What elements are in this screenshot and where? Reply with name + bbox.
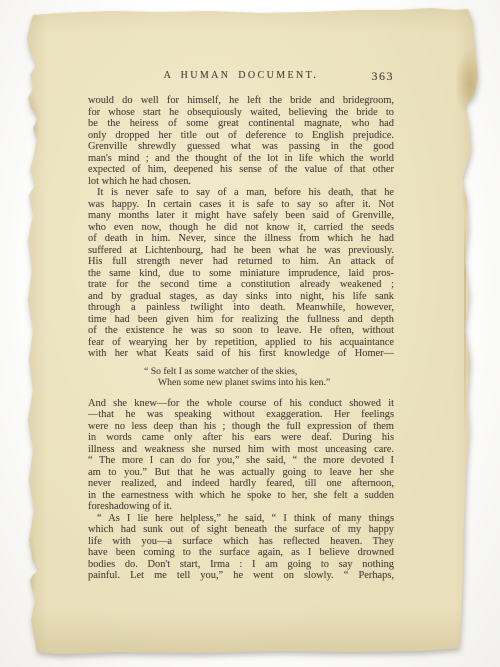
paper-stain-right-low	[465, 326, 483, 396]
text-line: lot which he had chosen.	[88, 176, 394, 188]
text-line: of death in him. Never, since the illnes…	[88, 233, 394, 245]
paper-stain-right-mid	[461, 166, 483, 221]
text-line: “ As I lie here helpless,” he said, “ I …	[88, 513, 394, 525]
text-line: were no less deep than his ; though the …	[88, 421, 394, 433]
text-line: trate for the second time a constitution…	[88, 279, 394, 291]
paper-stain-right-top	[455, 48, 485, 120]
text-line: —that he was speaking without exaggerati…	[88, 409, 394, 421]
paragraph: And she knew—for the whole course of his…	[88, 398, 394, 513]
paragraph: would do well for himself, he left the b…	[88, 95, 394, 187]
text-line: never realized, and indeed hardly feared…	[88, 478, 394, 490]
text-line: would do well for himself, he left the b…	[88, 95, 394, 107]
text-line: many months later it might have safely b…	[88, 210, 394, 222]
text-line: the same kind, due to some miniature imp…	[88, 268, 394, 280]
text-line: with her what Keats said of his first kn…	[88, 348, 394, 360]
body-text: would do well for himself, he left the b…	[88, 95, 394, 582]
paragraph: “ As I lie here helpless,” he said, “ I …	[88, 513, 394, 582]
running-head: A HUMAN DOCUMENT. 363	[88, 70, 394, 82]
text-line: It is never safe to say of a man, before…	[88, 187, 394, 199]
text-line: “ So felt I as some watcher of the skies…	[88, 366, 394, 378]
text-line: time had been given him for realizing th…	[88, 314, 394, 326]
text-line: His full strength never had returned to …	[88, 256, 394, 268]
text-line: expected of him, deepened his sense of t…	[88, 164, 394, 176]
running-head-title: A HUMAN DOCUMENT.	[164, 70, 319, 81]
text-line: and by gradual stages, as day sinks into…	[88, 291, 394, 303]
text-line: through a painless twilight into death. …	[88, 302, 394, 314]
text-line: suffered at Lichtenbourg, had he been wh…	[88, 245, 394, 257]
text-line: only dropped her title out of deference …	[88, 130, 394, 142]
scan-background: A HUMAN DOCUMENT. 363 would do well for …	[0, 0, 500, 667]
paper-stain-left-bottom	[19, 526, 37, 616]
text-line: in the earnestness with which he spoke t…	[88, 490, 394, 502]
text-line: When some new planet swims into his ken.…	[88, 377, 394, 389]
text-line: be the heiress of some great continental…	[88, 118, 394, 130]
text-line: painful. Let me tell you,” he went on sl…	[88, 570, 394, 582]
page-shadow-wrap: A HUMAN DOCUMENT. 363 would do well for …	[0, 0, 500, 667]
text-line: illness and weakness she nursed him with…	[88, 444, 394, 456]
text-line: man's mind ; and the thought of the lot …	[88, 153, 394, 165]
text-line: “ The more I can do for you,” she said, …	[88, 455, 394, 467]
text-line: was happy. In certain cases it is safe t…	[88, 199, 394, 211]
text-line: am to you.” But that he was actually goi…	[88, 467, 394, 479]
text-line: fear of wearying her by repetition, appl…	[88, 337, 394, 349]
paper-crease-line	[464, 201, 466, 441]
paper-stain-left-top	[19, 91, 41, 161]
paragraph: It is never safe to say of a man, before…	[88, 187, 394, 360]
text-line: which had sunk out of sight beneath the …	[88, 524, 394, 536]
text-line: bodies do. Don't start, Irma : I am goin…	[88, 559, 394, 571]
page-number: 363	[372, 69, 395, 84]
text-line: in words came only after his ears were d…	[88, 432, 394, 444]
text-line: life with you—a surface which has reflec…	[88, 536, 394, 548]
text-line: who even now, though he did not know it,…	[88, 222, 394, 234]
verse-quote: “ So felt I as some watcher of the skies…	[88, 366, 394, 389]
page-content: A HUMAN DOCUMENT. 363 would do well for …	[88, 70, 394, 582]
book-page: A HUMAN DOCUMENT. 363 would do well for …	[25, 6, 477, 656]
text-line: of the existence he was so soon to leave…	[88, 325, 394, 337]
text-line: have been coming to the surface again, a…	[88, 547, 394, 559]
text-line: Grenville shrewdly guessed what was pass…	[88, 141, 394, 153]
text-line: foreshadowing of it.	[88, 501, 394, 513]
text-line: And she knew—for the whole course of his…	[88, 398, 394, 410]
text-line: for whose start he obsequiously waited, …	[88, 107, 394, 119]
